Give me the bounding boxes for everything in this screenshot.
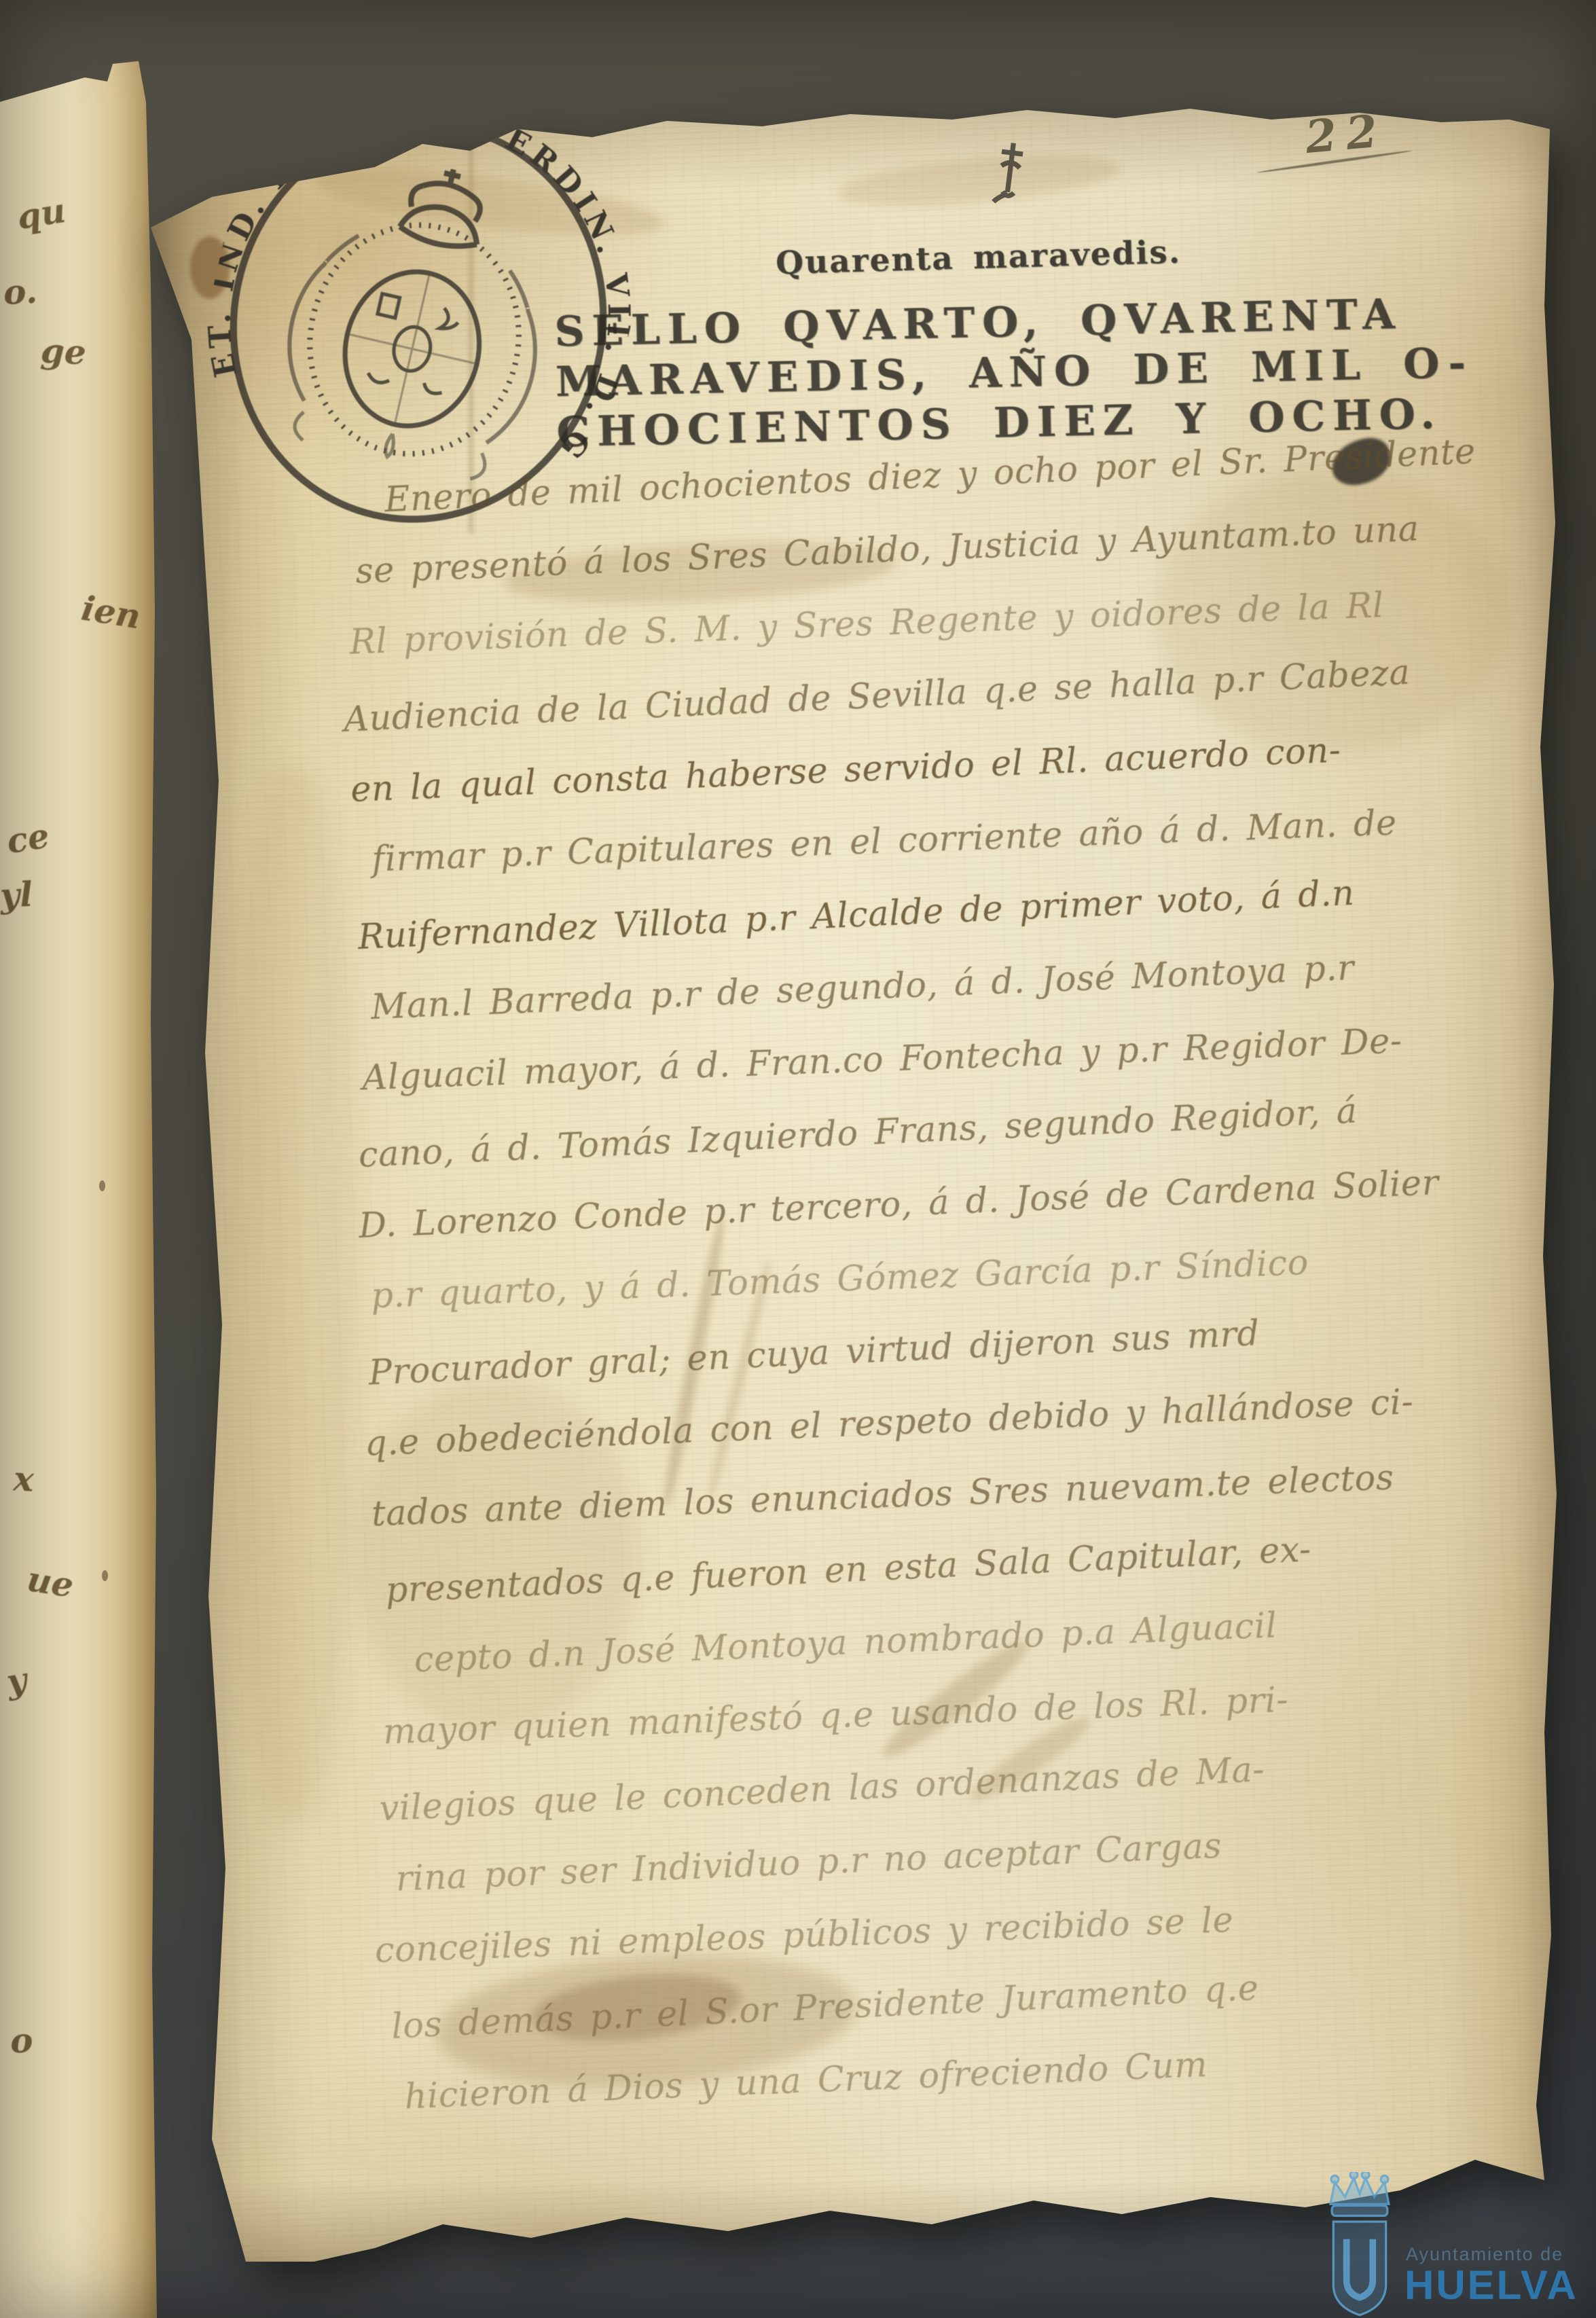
ink-fragment: o	[9, 2020, 33, 2061]
manuscript-line: Audiencia de la Ciudad de Sevilla q.e se…	[343, 653, 1411, 740]
watermark-name: HUELVA	[1404, 2262, 1578, 2308]
binding-stitch	[99, 1180, 105, 1191]
manuscript-line: cepto d.n José Montoya nombrado p.a Algu…	[414, 1606, 1278, 1680]
tax-value-line: Quarenta maravedis.	[775, 234, 1181, 283]
manuscript-text: Enero de mil ochocientos diez y ocho por…	[346, 433, 1582, 2176]
manuscript-line: rina por ser Individuo p.r no aceptar Ca…	[395, 1826, 1222, 1900]
binding-stitch	[102, 1570, 108, 1581]
manuscript-line: hicieron á Dios y una Cruz ofreciendo Cu…	[403, 2045, 1208, 2117]
manuscript-line: Alguacil mayor, á d. Fran.co Fontecha y …	[361, 1021, 1402, 1099]
parchment-sheet: ET. IND. REX. FERDIN. VII. D. G. Quarent…	[151, 102, 1558, 2262]
manuscript-line: los demás p.r el S.or Presidente Juramen…	[391, 1968, 1259, 2047]
ink-fragment: ge	[40, 330, 88, 372]
manuscript-line: cano, á d. Tomás Izquierdo Frans, segund…	[358, 1091, 1358, 1176]
manuscript-line: presentados q.e fueron en esta Sala Capi…	[384, 1529, 1312, 1611]
archival-photograph: quo.geienceylxueyo	[0, 0, 1596, 2318]
printer-ornament-icon	[981, 134, 1039, 211]
manuscript-line: Rl provisión de S. M. y Sres Regente y o…	[349, 585, 1385, 662]
crown-icon	[398, 160, 492, 252]
ink-fragment: qu	[14, 190, 69, 237]
ink-fragment: ue	[24, 1559, 77, 1606]
manuscript-line: firmar p.r Capitulares en el corriente a…	[371, 803, 1397, 880]
bleed-through-mark	[835, 147, 1123, 215]
archive-watermark: Ayuntamiento de HUELVA	[1319, 2161, 1596, 2318]
ink-fragment: o.	[2, 271, 38, 313]
manuscript-line: Ruifernandez Villota p.r Alcalde de prim…	[357, 873, 1356, 958]
manuscript-line: p.r quarto, y á d. Tomás Gómez García p.…	[370, 1243, 1309, 1316]
ink-fragment: x	[12, 1458, 35, 1499]
bleed-through-mark	[232, 767, 355, 1820]
previous-page-edge: quo.geienceylxueyo	[0, 0, 158, 2318]
huelva-crest-icon	[1323, 2172, 1396, 2318]
ink-fragment: ce	[4, 815, 52, 861]
manuscript-line: Procurador gral; en cuya virtud dijeron …	[368, 1314, 1261, 1393]
ink-fragment: ien	[79, 588, 143, 637]
manuscript-page: ET. IND. REX. FERDIN. VII. D. G. Quarent…	[151, 102, 1558, 2262]
manuscript-line: mayor quien manifestó q.e usando de los …	[382, 1680, 1289, 1753]
manuscript-line: concejiles ni empleos públicos y recibid…	[374, 1900, 1234, 1971]
manuscript-line: D. Lorenzo Conde p.r tercero, á d. José …	[358, 1163, 1440, 1246]
manuscript-line: q.e obedeciéndola con el respeto debido …	[364, 1382, 1414, 1464]
ink-fragment: yl	[0, 874, 34, 916]
manuscript-line: tados ante diem los enunciados Sres nuev…	[371, 1458, 1394, 1535]
manuscript-line: vilegios que le conceden las ordenanzas …	[378, 1750, 1265, 1829]
manuscript-line: Man.l Barreda p.r de segundo, á d. José …	[370, 948, 1355, 1028]
ink-fragment: y	[4, 1659, 30, 1702]
manuscript-line: se presentó á los Sres Cabildo, Justicia…	[355, 509, 1419, 592]
manuscript-line: en la qual consta haberse servido el Rl.…	[350, 731, 1341, 811]
sello-cuarto-stamp: SELLO QVARTO, QVARENTA MARAVEDIS, AÑO DE…	[554, 288, 1474, 458]
